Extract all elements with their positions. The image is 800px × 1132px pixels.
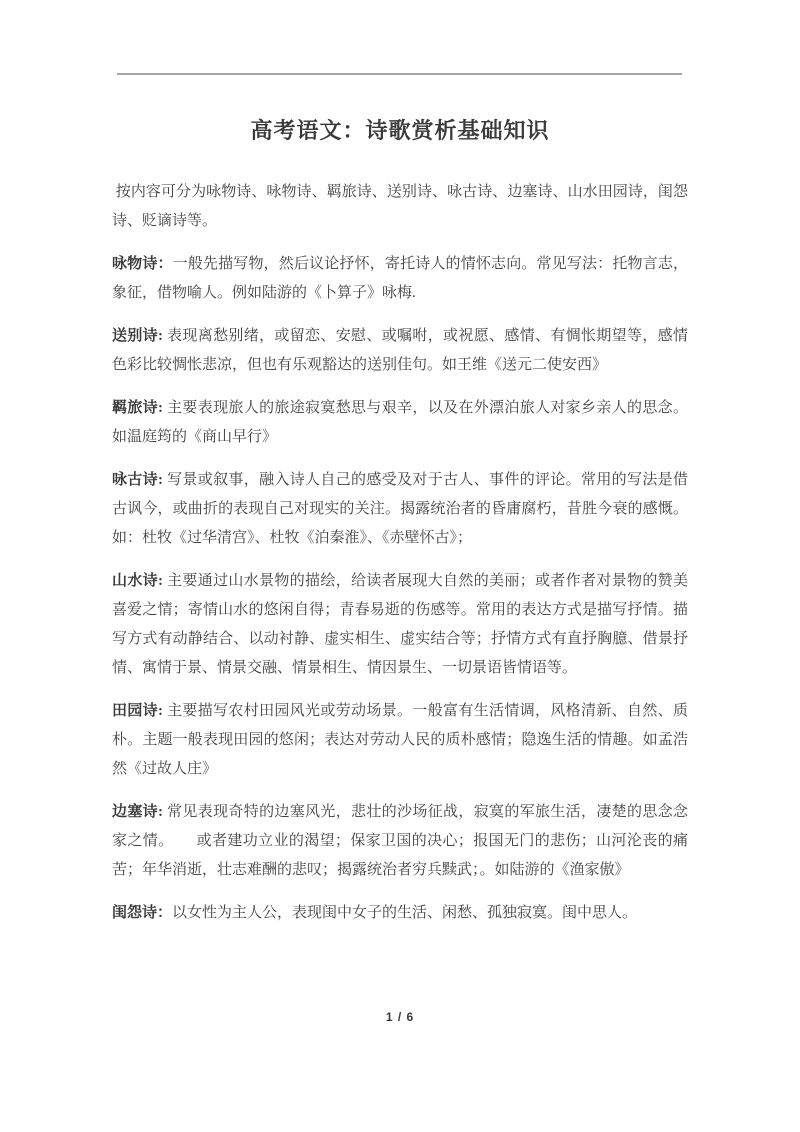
document-page: 高考语文：诗歌赏析基础知识 按内容可分为咏物诗、咏物诗、羁旅诗、送别诗、咏古诗、… [0, 0, 800, 1132]
paragraph-shanshuishi: 山水诗: 主要通过山水景物的描绘，给读者展现大自然的美丽；或者作者对景物的赞美喜… [112, 567, 688, 683]
document-title: 高考语文：诗歌赏析基础知识 [0, 116, 800, 146]
term-label: 田园诗: [112, 703, 163, 719]
paragraph-text: 表现离愁别绪，或留恋、安慰、或嘱咐，或祝愿、感情、有惆怅期望等，感情色彩比较惆怅… [112, 328, 688, 373]
term-label: 咏古诗: [112, 472, 163, 488]
paragraph-text: 主要描写农村田园风光或劳动场景。一般富有生活情调，风格清新、自然、质朴。主题一般… [112, 703, 688, 777]
header-rule [117, 73, 682, 75]
term-label: 羁旅诗: [112, 400, 163, 416]
paragraph-text: 按内容可分为咏物诗、咏物诗、羁旅诗、送别诗、咏古诗、边塞诗、山水田园诗，闺怨诗、… [112, 184, 688, 229]
document-body: 按内容可分为咏物诗、咏物诗、羁旅诗、送别诗、咏古诗、边塞诗、山水田园诗，闺怨诗、… [112, 178, 688, 928]
paragraph-text: 常见表现奇特的边塞风光，悲壮的沙场征战，寂寞的军旅生活，凄楚的思念念家之情。 或… [112, 804, 688, 878]
paragraph-yongwushi: 咏物诗：一般先描写物，然后议论抒怀，寄托诗人的情怀志向。常见写法：托物言志，象征… [112, 250, 688, 308]
paragraph-intro: 按内容可分为咏物诗、咏物诗、羁旅诗、送别诗、咏古诗、边塞诗、山水田园诗，闺怨诗、… [112, 178, 688, 236]
term-label: 送别诗: [112, 328, 163, 344]
paragraph-jilvshi: 羁旅诗: 主要表现旅人的旅途寂寞愁思与艰辛，以及在外漂泊旅人对家乡亲人的思念。如… [112, 394, 688, 452]
term-label: 边塞诗: [112, 804, 163, 820]
paragraph-text: 一般先描写物，然后议论抒怀，寄托诗人的情怀志向。常见写法：托物言志，象征，借物喻… [112, 256, 688, 301]
paragraph-text: 主要表现旅人的旅途寂寞愁思与艰辛，以及在外漂泊旅人对家乡亲人的思念。如温庭筠的《… [112, 400, 688, 445]
paragraph-text: 写景或叙事，融入诗人自己的感受及对于古人、事件的评论。常用的写法是借古讽今，或曲… [112, 472, 688, 546]
paragraph-tianyuanshi: 田园诗: 主要描写农村田园风光或劳动场景。一般富有生活情调，风格清新、自然、质朴… [112, 697, 688, 784]
page-number: 1 / 6 [0, 1010, 800, 1024]
paragraph-songbieshi: 送别诗: 表现离愁别绪，或留恋、安慰、或嘱咐，或祝愿、感情、有惆怅期望等，感情色… [112, 322, 688, 380]
paragraph-text: 以女性为主人公，表现闺中女子的生活、闲愁、孤独寂寞。闺中思人。 [172, 905, 637, 921]
paragraph-text: 主要通过山水景物的描绘，给读者展现大自然的美丽；或者作者对景物的赞美喜爱之情；寄… [112, 573, 688, 676]
paragraph-guiyuanshi: 闺怨诗：以女性为主人公，表现闺中女子的生活、闲愁、孤独寂寞。闺中思人。 [112, 899, 688, 928]
paragraph-yonggushi: 咏古诗: 写景或叙事，融入诗人自己的感受及对于古人、事件的评论。常用的写法是借古… [112, 466, 688, 553]
term-label: 咏物诗： [112, 256, 173, 272]
paragraph-biansaishi: 边塞诗: 常见表现奇特的边塞风光，悲壮的沙场征战，寂寞的军旅生活，凄楚的思念念家… [112, 798, 688, 885]
term-label: 山水诗: [112, 573, 163, 589]
term-label: 闺怨诗： [112, 905, 172, 921]
